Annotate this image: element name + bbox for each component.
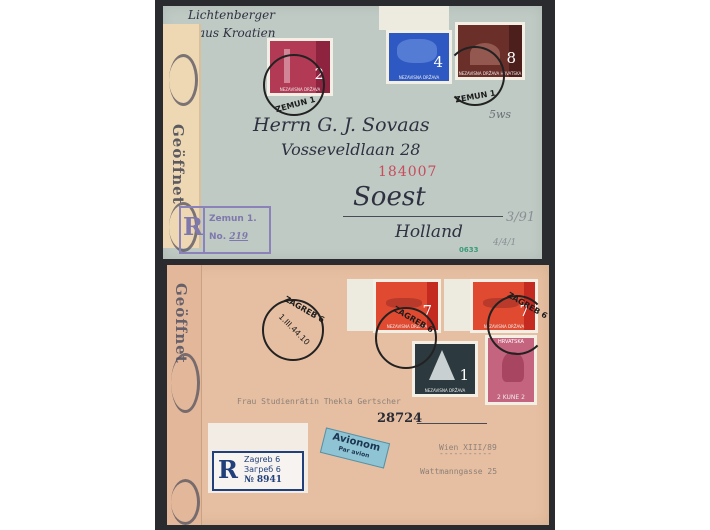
sheet-margin <box>379 6 449 30</box>
postmark-zagreb: ZAGREB 6 <box>375 307 437 369</box>
stamp-caption: NEZAVISNA DRŽAVA HRVATSKA <box>415 387 475 394</box>
strike-line <box>417 423 487 424</box>
stamp-value: 4 <box>433 53 443 71</box>
address-line-name: Herrn G. J. Sovaas <box>253 114 430 136</box>
postmark-zagreb: ZAGREB 6 <box>487 295 547 355</box>
pencil-note: 4/4/1 <box>493 238 516 248</box>
registration-number: 219 <box>229 232 248 242</box>
registration-letter: R <box>183 212 203 241</box>
registration-no-label: No. <box>209 232 226 242</box>
postmark-zemun: ZEMUN 1 <box>445 46 505 106</box>
postage-stamp-4: 4 NEZAVISNA DRŽAVA HRVATSKA <box>386 30 452 84</box>
censor-seal <box>169 54 198 106</box>
sheet-margin <box>444 279 472 331</box>
sender-note-line1: Lichtenberger <box>188 8 275 22</box>
registration-place: Zemun 1. <box>209 214 257 224</box>
pencil-note: 3/91 <box>506 210 535 225</box>
postmark-zemun: ZEMUN 1 <box>263 54 325 116</box>
registration-place: Zagreb 6 <box>244 455 280 464</box>
sender-note-line2: aus Kroatien <box>198 26 275 40</box>
censor-tape-text: Geöffnet <box>172 283 190 364</box>
stamp-value: 1 <box>459 366 469 384</box>
registration-number: № 8941 <box>244 475 282 485</box>
censor-seal <box>171 479 200 525</box>
postmark-zagreb: ZAGREB 6 1.III.44.10 <box>262 299 324 361</box>
address-line-name: Frau Studienrätin Thekla Gertscher <box>237 397 401 406</box>
registration-label: R Zagreb 6 Загреб 6 № 8941 <box>208 423 308 493</box>
address-line-street: Vosseveldlaan 28 <box>281 140 420 159</box>
pencil-note: 5ws <box>489 108 511 121</box>
censor-tape-text: Geöffnet <box>169 124 187 205</box>
censor-seal <box>171 353 200 413</box>
bottom-cover-envelope: Geöffnet 7 NEZAVISNA DRŽAVA HRVATSKA 7 N… <box>167 265 549 525</box>
green-control-number: 0633 <box>459 246 478 254</box>
address-line-street: Wattmanngasse 25 <box>420 467 497 476</box>
airmail-label: Avionom Par avion <box>320 427 390 468</box>
registration-label: R Zemun 1. No. 219 <box>179 206 271 254</box>
top-cover-envelope: Lichtenberger aus Kroatien Geöffnet 2 NE… <box>163 6 542 259</box>
stamp-value: 8 <box>506 49 516 67</box>
address-line-city: Soest <box>353 182 426 212</box>
registration-place-cyrillic: Загреб 6 <box>244 465 281 474</box>
sheet-margin <box>347 279 375 331</box>
red-control-number: 184007 <box>378 164 437 180</box>
handwritten-number: 28724 <box>377 411 422 426</box>
address-line-country: Holland <box>395 222 463 242</box>
registration-letter: R <box>218 455 238 484</box>
censor-tape: Geöffnet <box>167 265 202 525</box>
stamp-caption: 2 KUNE 2 <box>488 393 534 402</box>
stamp-caption: NEZAVISNA DRŽAVA HRVATSKA <box>389 74 449 81</box>
underline <box>343 216 503 217</box>
